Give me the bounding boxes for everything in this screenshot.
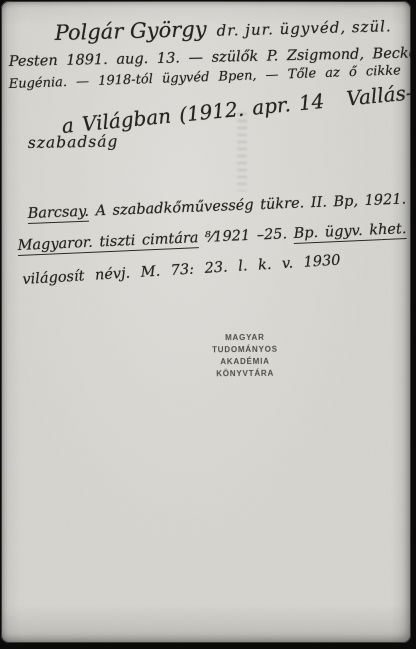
source2-title: Magyaror. tiszti cimtára xyxy=(17,230,199,256)
handwritten-line-word: szabadság xyxy=(28,132,119,152)
publication-text: a Világban (1912. apr. 14 xyxy=(61,89,326,138)
handwritten-line-name: Polgár Györgydr. jur. ügyvéd, szül. xyxy=(54,12,392,45)
library-stamp: MAGYAR TUDOMÁNYOS AKADÉMIA KÖNYVTÁRA xyxy=(189,332,301,381)
source2-note: Bp. ügyv. khet. xyxy=(293,221,406,244)
name-text: Polgár György xyxy=(54,17,207,45)
handwritten-line-publication: a Világban (1912. apr. 14 Vallás- xyxy=(61,80,411,138)
publication-text-cont: Vallás- xyxy=(345,80,411,110)
stamp-line-1: MAGYAR xyxy=(189,332,301,345)
source1-author: Barcsay. xyxy=(27,204,89,224)
handwritten-line-source1: Barcsay. A szabadkőművesség tükre. II. B… xyxy=(27,191,406,222)
source2-dates: ⁸⁄1921 –25. xyxy=(198,226,294,246)
title-text: dr. jur. ügyvéd, szül. xyxy=(216,17,392,40)
stamp-line-2: TUDOMÁNYOS AKADÉMIA xyxy=(189,344,301,369)
handwritten-line-reference: világosít névj. M. 73: 23. l. k. v. 1930 xyxy=(22,253,341,288)
ink-bleed-mark xyxy=(237,113,247,191)
handwritten-line-source2: Magyaror. tiszti cimtára ⁸⁄1921 –25. Bp.… xyxy=(17,221,406,254)
source1-title: A szabadkőművesség tükre. II. Bp, 1921. xyxy=(89,191,407,219)
stamp-line-3: KÖNYVTÁRA xyxy=(189,368,301,381)
scanned-card: Polgár Györgydr. jur. ügyvéd, szül. Pest… xyxy=(1,1,411,643)
